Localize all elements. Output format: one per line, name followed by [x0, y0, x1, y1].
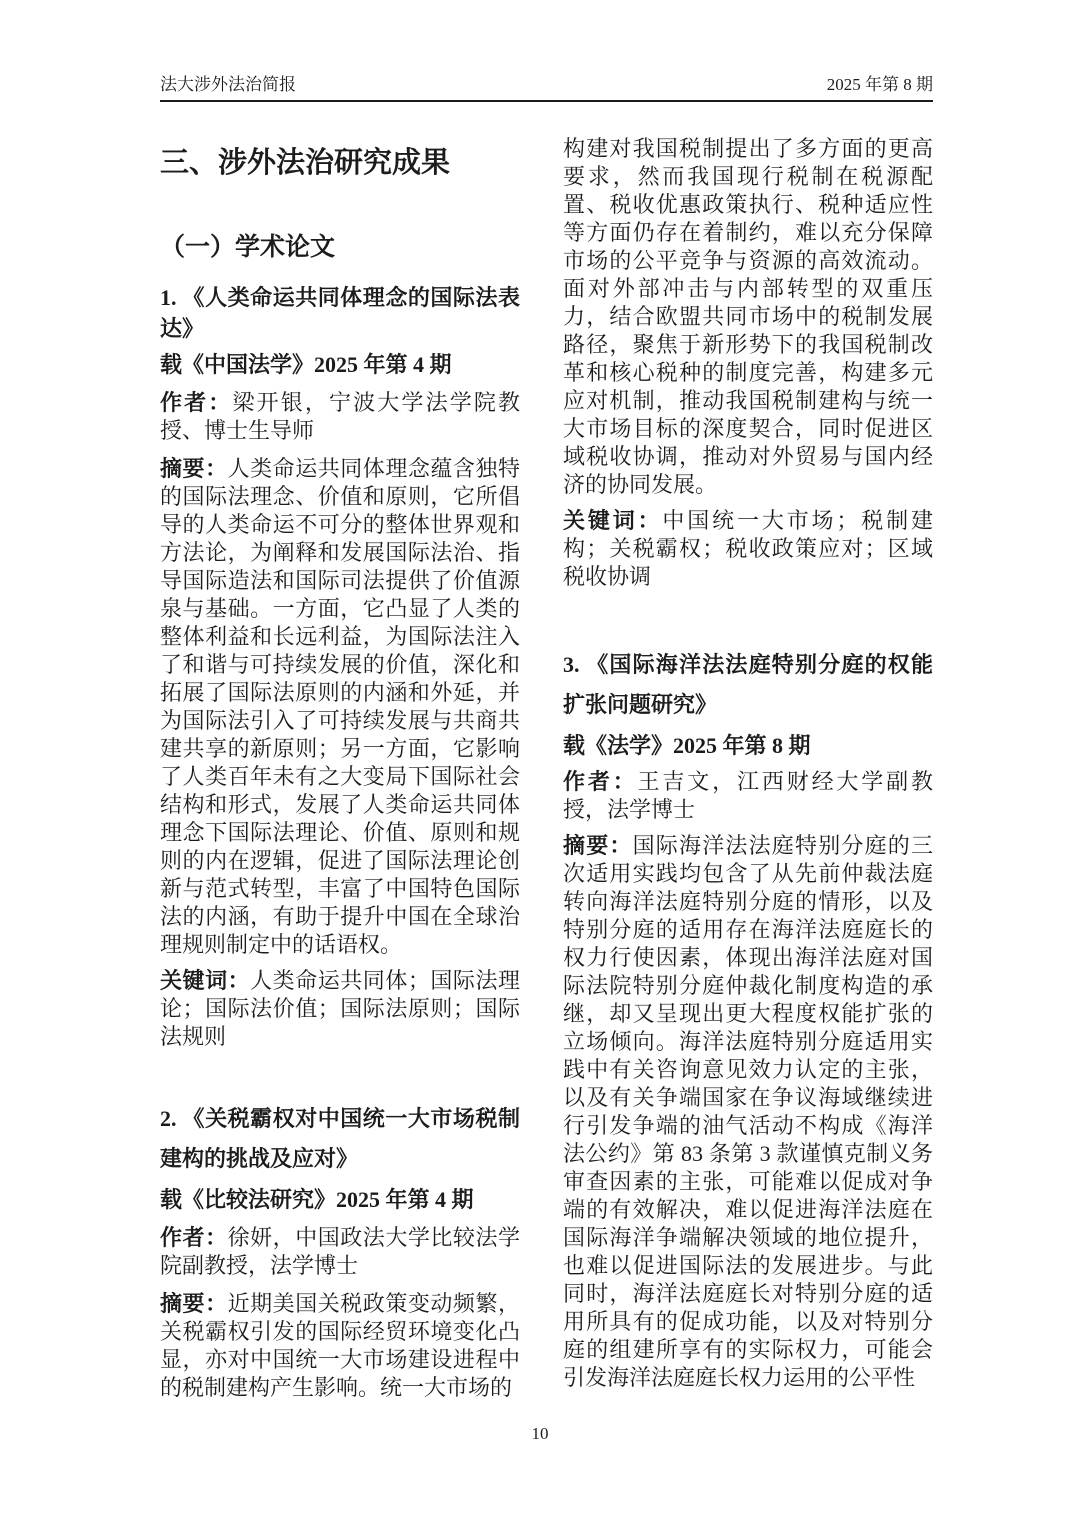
section-title: 三、涉外法治研究成果 — [160, 145, 520, 181]
right-column: 构建对我国税制提出了多方面的更高要求，然而我国现行税制在税源配置、税收优惠政策执… — [563, 131, 933, 1392]
article2-keywords: 关键词：中国统一大市场；税制建构；关税霸权；税收政策应对；区域税收协调 — [563, 507, 933, 591]
keywords-label: 关键词： — [563, 508, 662, 533]
abstract-label: 摘要： — [160, 1291, 228, 1316]
article1-abstract: 摘要：人类命运共同体理念蕴含独特的国际法理念、价值和原则，它所倡导的人类命运不可… — [160, 455, 520, 959]
document-page: 法大涉外法治简报 2025 年第 8 期 三、涉外法治研究成果 （一）学术论文 … — [0, 0, 1080, 1527]
article1-keywords: 关键词：人类命运共同体；国际法理论；国际法价值；国际法原则；国际法规则 — [160, 967, 520, 1051]
author-label: 作者： — [160, 1225, 228, 1250]
article1-abstract-text: 人类命运共同体理念蕴含独特的国际法理念、价值和原则，它所倡导的人类命运不可分的整… — [160, 456, 520, 957]
page-number: 10 — [532, 1424, 549, 1443]
article3-abstract: 摘要：国际海洋法法庭特别分庭的三次适用实践均包含了从先前仲裁法庭转向海洋法庭特别… — [563, 832, 933, 1392]
article2-source: 载《比较法研究》2025 年第 4 期 — [160, 1186, 520, 1214]
article2-author-line: 作者：徐妍，中国政法大学比较法学院副教授，法学博士 — [160, 1224, 520, 1280]
article2-abstract-part2: 构建对我国税制提出了多方面的更高要求，然而我国现行税制在税源配置、税收优惠政策执… — [563, 135, 933, 499]
abstract-label: 摘要： — [563, 833, 633, 858]
article1-title: 1. 《人类命运共同体理念的国际法表达》 — [160, 282, 520, 344]
article3-author-line: 作者：王吉文，江西财经大学副教授，法学博士 — [563, 768, 933, 824]
article3-abstract-text: 国际海洋法法庭特别分庭的三次适用实践均包含了从先前仲裁法庭转向海洋法庭特别分庭的… — [563, 833, 933, 1390]
article2-abstract-part1: 摘要：近期美国关税政策变动频繁，关税霸权引发的国际经贸环境变化凸显，亦对中国统一… — [160, 1290, 520, 1402]
keywords-label: 关键词： — [160, 968, 250, 993]
article3-source: 载《法学》2025 年第 8 期 — [563, 732, 933, 760]
article1-source: 载《中国法学》2025 年第 4 期 — [160, 351, 520, 379]
journal-title: 法大涉外法治简报 — [160, 70, 296, 95]
article2-title: 2. 《关税霸权对中国统一大市场税制建构的挑战及应对》 — [160, 1099, 520, 1179]
page-footer: 10 — [0, 1424, 1080, 1444]
article3-title: 3. 《国际海洋法法庭特别分庭的权能扩张问题研究》 — [563, 645, 933, 725]
author-label: 作者： — [160, 390, 232, 415]
subsection-title: （一）学术论文 — [160, 231, 520, 264]
issue-label: 2025 年第 8 期 — [827, 70, 933, 95]
left-column: 三、涉外法治研究成果 （一）学术论文 1. 《人类命运共同体理念的国际法表达》 … — [160, 131, 520, 1402]
page-header: 法大涉外法治简报 2025 年第 8 期 — [160, 70, 933, 102]
article1-author-line: 作者：梁开银，宁波大学法学院教授、博士生导师 — [160, 389, 520, 445]
abstract-label: 摘要： — [160, 456, 228, 481]
author-label: 作者： — [563, 769, 638, 794]
